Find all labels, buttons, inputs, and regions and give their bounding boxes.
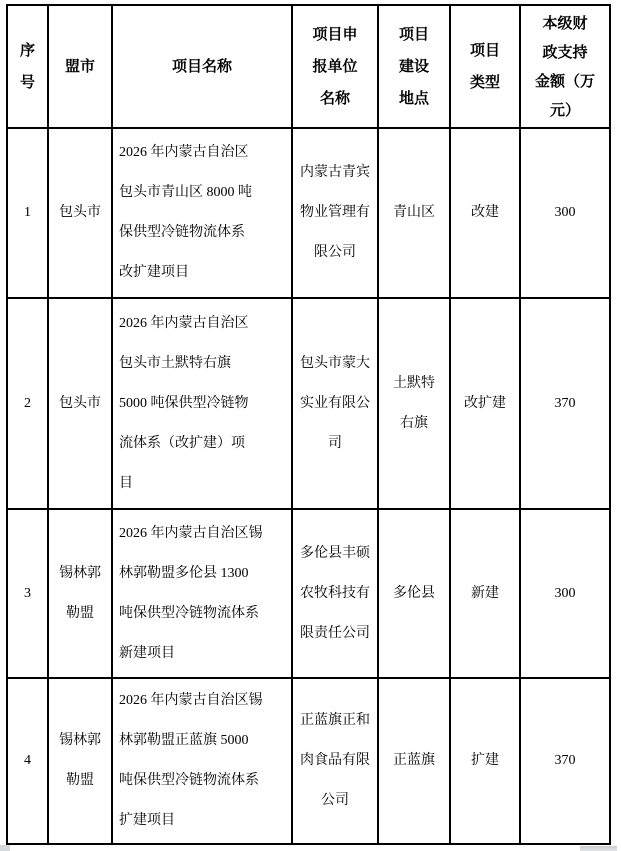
cell-project-type: 扩建	[450, 678, 520, 844]
header-project-name: 项目名称	[112, 5, 292, 128]
cell-league-city: 包头市	[48, 298, 112, 509]
table-row: 3 锡林郭 勒盟 2026 年内蒙古自治区锡 林郭勒盟多伦县 1300 吨保供型…	[7, 509, 610, 678]
header-fiscal-support-amount: 本级财 政支持 金额（万 元）	[520, 5, 610, 128]
cell-project-name: 2026 年内蒙古自治区 包头市青山区 8000 吨 保供型冷链物流体系 改扩建…	[112, 128, 292, 298]
cell-fiscal-support-amount: 370	[520, 298, 610, 509]
cell-applicant-unit: 包头市蒙大 实业有限公 司	[292, 298, 378, 509]
cutoff-fragment-right	[580, 846, 617, 851]
project-funding-table: 序 号 盟市 项目名称 项目申 报单位 名称 项目 建设 地点 项目 类型 本级…	[6, 4, 611, 845]
cell-applicant-unit: 正蓝旗正和 肉食品有限 公司	[292, 678, 378, 844]
cell-project-type: 新建	[450, 509, 520, 678]
cell-fiscal-support-amount: 370	[520, 678, 610, 844]
cell-project-name: 2026 年内蒙古自治区锡 林郭勒盟多伦县 1300 吨保供型冷链物流体系 新建…	[112, 509, 292, 678]
table-row: 1 包头市 2026 年内蒙古自治区 包头市青山区 8000 吨 保供型冷链物流…	[7, 128, 610, 298]
cell-league-city: 包头市	[48, 128, 112, 298]
cell-construction-location: 多伦县	[378, 509, 450, 678]
cell-fiscal-support-amount: 300	[520, 128, 610, 298]
cell-project-name: 2026 年内蒙古自治区 包头市土默特右旗 5000 吨保供型冷链物 流体系（改…	[112, 298, 292, 509]
cell-league-city: 锡林郭 勒盟	[48, 509, 112, 678]
cell-project-type: 改建	[450, 128, 520, 298]
cell-league-city: 锡林郭 勒盟	[48, 678, 112, 844]
header-project-type: 项目 类型	[450, 5, 520, 128]
table-row: 4 锡林郭 勒盟 2026 年内蒙古自治区锡 林郭勒盟正蓝旗 5000 吨保供型…	[7, 678, 610, 844]
cutoff-fragment-left	[0, 845, 10, 851]
document-page: 序 号 盟市 项目名称 项目申 报单位 名称 项目 建设 地点 项目 类型 本级…	[0, 0, 621, 851]
header-serial-number: 序 号	[7, 5, 48, 128]
cell-serial-number: 3	[7, 509, 48, 678]
cell-project-type: 改扩建	[450, 298, 520, 509]
cell-serial-number: 2	[7, 298, 48, 509]
cell-serial-number: 1	[7, 128, 48, 298]
header-league-city: 盟市	[48, 5, 112, 128]
cell-applicant-unit: 内蒙古青宾 物业管理有 限公司	[292, 128, 378, 298]
cell-project-name: 2026 年内蒙古自治区锡 林郭勒盟正蓝旗 5000 吨保供型冷链物流体系 扩建…	[112, 678, 292, 844]
cell-applicant-unit: 多伦县丰硕 农牧科技有 限责任公司	[292, 509, 378, 678]
cell-construction-location: 土默特 右旗	[378, 298, 450, 509]
table-header-row: 序 号 盟市 项目名称 项目申 报单位 名称 项目 建设 地点 项目 类型 本级…	[7, 5, 610, 128]
header-applicant-unit: 项目申 报单位 名称	[292, 5, 378, 128]
cell-fiscal-support-amount: 300	[520, 509, 610, 678]
table-row: 2 包头市 2026 年内蒙古自治区 包头市土默特右旗 5000 吨保供型冷链物…	[7, 298, 610, 509]
cell-serial-number: 4	[7, 678, 48, 844]
header-construction-location: 项目 建设 地点	[378, 5, 450, 128]
cell-construction-location: 正蓝旗	[378, 678, 450, 844]
cell-construction-location: 青山区	[378, 128, 450, 298]
